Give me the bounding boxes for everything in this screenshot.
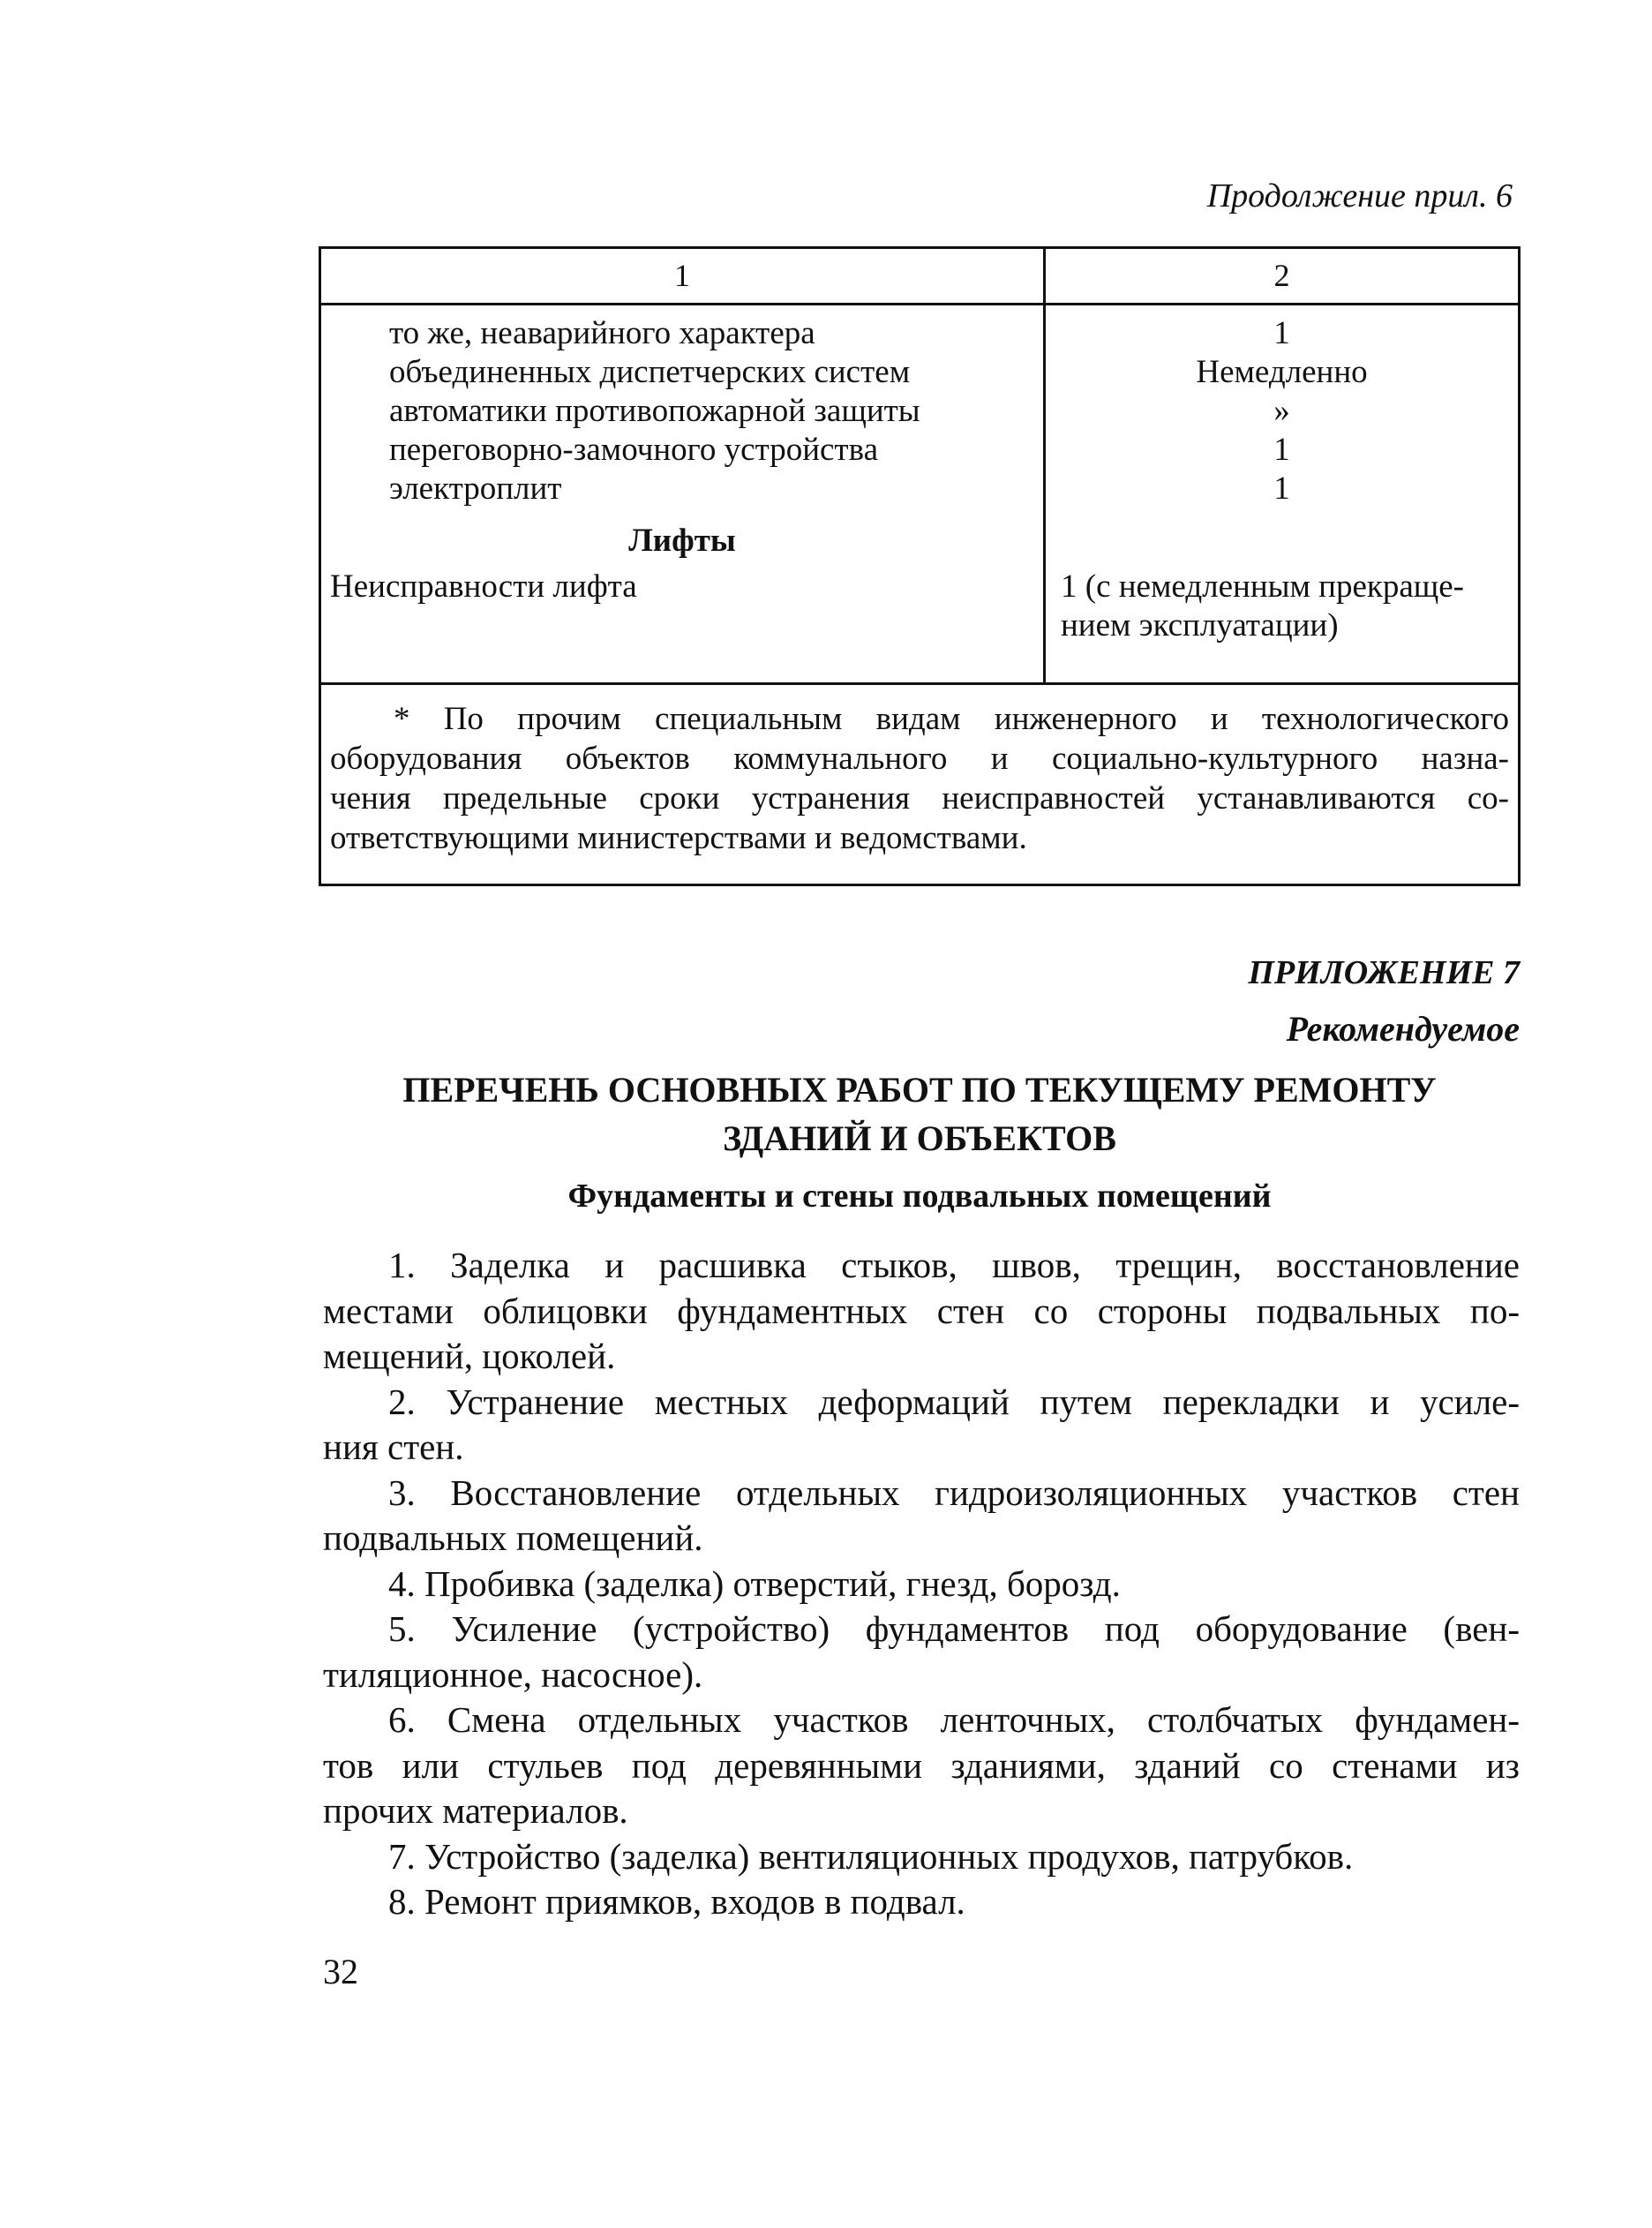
list-item-line: 7. Устройство (заделка) вентиляционных п… <box>323 1834 1520 1880</box>
continuation-label: Продолжение прил. 6 <box>1207 177 1513 215</box>
footnote-line: оборудования объектов коммунального и со… <box>330 739 1509 779</box>
column-header-1: 1 <box>321 249 1043 303</box>
list-item-line: 4. Пробивка (заделка) отверстий, гнезд, … <box>323 1562 1520 1607</box>
table-row-term: 1 (с немедленным прекраще- <box>1061 567 1464 606</box>
column-header-2: 2 <box>1046 249 1518 303</box>
list-item-line: прочих материалов. <box>323 1788 1520 1834</box>
list-item-line: 2. Устранение местных деформаций путем п… <box>323 1380 1520 1426</box>
row-divider <box>321 682 1518 685</box>
table-row-item: объединенных диспетчерских систем <box>389 352 910 392</box>
table-row-term: » <box>1046 391 1518 431</box>
page-number: 32 <box>323 1951 358 1992</box>
page-title-line: ЗДАНИЙ И ОБЪЕКТОВ <box>319 1114 1521 1163</box>
list-item-line: 1. Заделка и расшивка стыков, швов, трещ… <box>323 1243 1520 1289</box>
table-row-term: Немедленно <box>1046 352 1518 392</box>
list-item-line: 3. Восстановление отдельных гидроизоляци… <box>323 1471 1520 1517</box>
list-item-line: 6. Смена отдельных участков ленточных, с… <box>323 1697 1520 1743</box>
appendix-status: Рекомендуемое <box>1287 1008 1520 1050</box>
table-row-item: электроплит <box>389 469 561 508</box>
table-row-item: Неисправности лифта <box>330 567 637 606</box>
list-item-line: 8. Ремонт приямков, входов в подвал. <box>323 1879 1520 1925</box>
table-header-row: 1 2 <box>321 249 1518 305</box>
list-item-line: 5. Усиление (устройство) фундаментов под… <box>323 1607 1520 1652</box>
table-footnote: * По прочим специальным видам инженерног… <box>330 699 1509 858</box>
section-title: Фундаменты и стены подвальных помещений <box>319 1177 1521 1216</box>
table-row-term: 1 <box>1046 430 1518 470</box>
table-row-item: переговорно-замочного устройства <box>389 430 878 470</box>
table-row-item: то же, неаварийного характера <box>389 313 815 353</box>
table-row-item: автоматики противопожарной защиты <box>389 391 920 431</box>
work-list: 1. Заделка и расшивка стыков, швов, трещ… <box>323 1243 1520 1925</box>
list-item-line: мещений, цоколей. <box>323 1334 1520 1380</box>
table-section-title: Лифты <box>321 521 1043 561</box>
appendix-label: ПРИЛОЖЕНИЕ 7 <box>1248 953 1520 992</box>
table-row-term: 1 <box>1046 469 1518 508</box>
footnote-line: чения предельные сроки устранения неиспр… <box>330 779 1509 818</box>
list-item-line: ния стен. <box>323 1425 1520 1471</box>
list-item-line: подвальных помещений. <box>323 1516 1520 1562</box>
list-item-line: тиляционное, насосное). <box>323 1652 1520 1698</box>
list-item-line: местами облицовки фундаментных стен со с… <box>323 1289 1520 1335</box>
footnote-line: * По прочим специальным видам инженерног… <box>330 699 1509 739</box>
page-title-line: ПЕРЕЧЕНЬ ОСНОВНЫХ РАБОТ ПО ТЕКУЩЕМУ РЕМО… <box>319 1065 1521 1114</box>
table-row-term: 1 <box>1046 313 1518 353</box>
deadline-table: 1 2 то же, неаварийного характера 1 объе… <box>319 246 1521 886</box>
list-item-line: тов или стульев под деревянными зданиями… <box>323 1743 1520 1789</box>
table-row-term: нием эксплуатации) <box>1061 606 1339 645</box>
page-title: ПЕРЕЧЕНЬ ОСНОВНЫХ РАБОТ ПО ТЕКУЩЕМУ РЕМО… <box>319 1065 1521 1163</box>
footnote-line: ответствующими министерствами и ведомств… <box>330 818 1509 858</box>
